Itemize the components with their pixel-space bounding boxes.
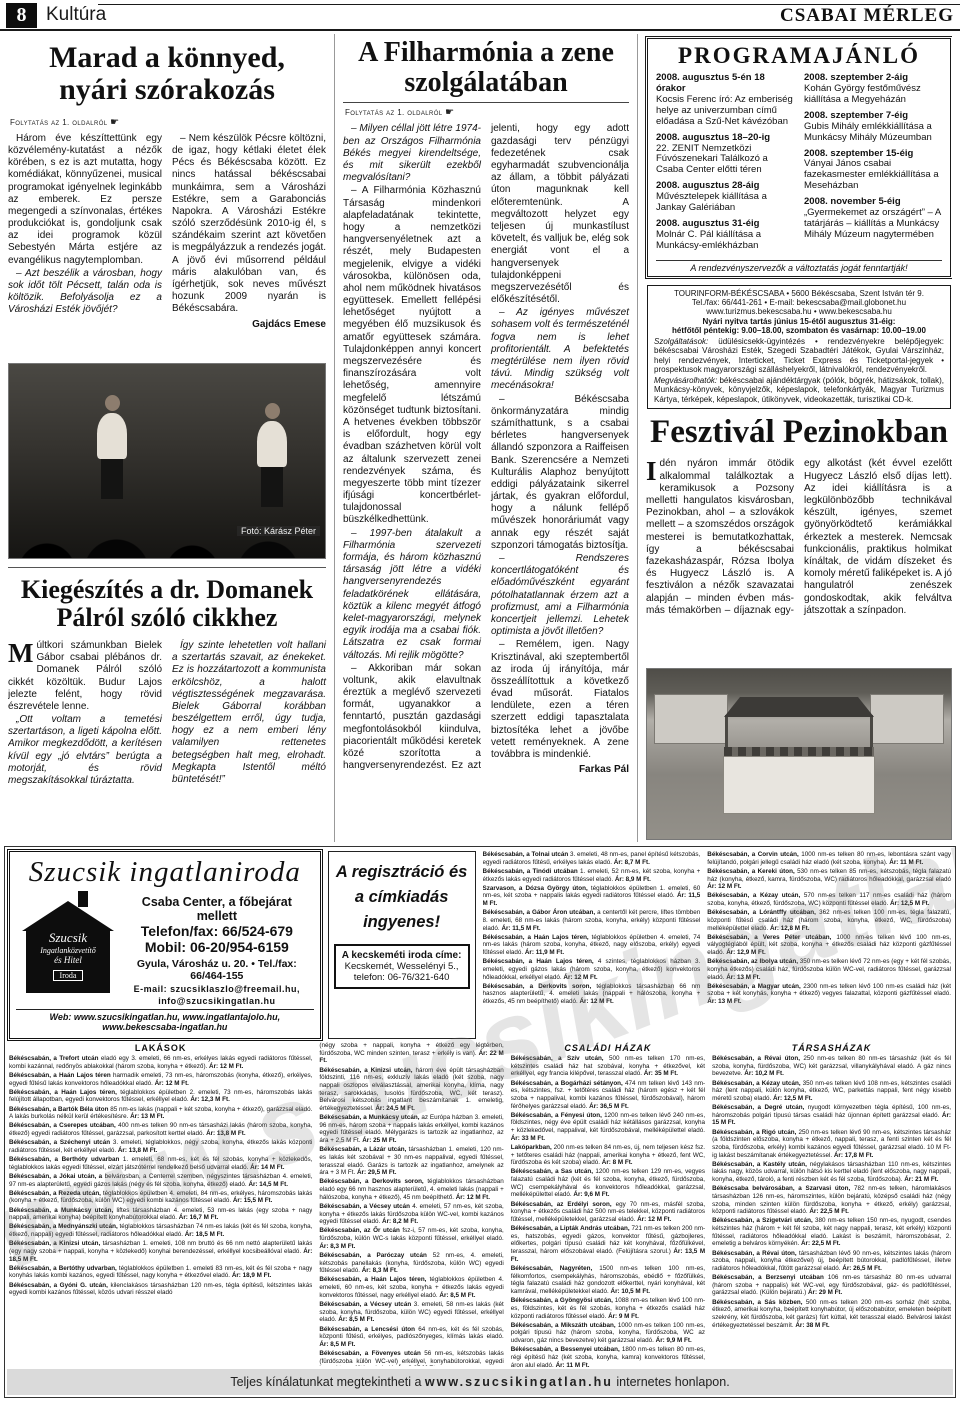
listing-location: Békéscsabán, az Őr utcán (319, 1227, 399, 1234)
listing-price: Ár: 35 M Ft. (644, 1070, 678, 1077)
listing-price: Ár: 13,8 M Ft. (206, 1130, 246, 1137)
office-phone: telefon: 06-76/321-640 (338, 972, 466, 983)
listings-col3: Békéscsabán, a Szív utcán, 500 nm-es tel… (511, 1055, 705, 1367)
column-right: PROGRAMAJÁNLÓ 2008. augusztus 5-én 18 ór… (638, 34, 952, 842)
contact-web: Web: www.szucsikingatlan.hu, www.ingatla… (16, 1009, 314, 1032)
listing-location: Békéscsabán, a Haán Lajos téren, (483, 934, 589, 941)
paragraph: – Milyen céllal jött létre 1974-ben az O… (343, 123, 481, 184)
listing-price: Ár: 33 M Ft. (511, 1135, 545, 1142)
paragraph: „Ott voltam a temetési szertartáson, a l… (8, 714, 162, 787)
photo-credit: Fotó: Kárász Péter (237, 526, 320, 536)
listing-price: Ár: 11 M Ft. (889, 859, 923, 866)
listing-item: Békéscsabán, a Szív utcán, 500 nm-es tel… (511, 1055, 705, 1078)
listing-location: Békéscsabán, a Sás közben, (712, 1299, 802, 1306)
listing-text: (négy szoba + nappali, konyha + étkező e… (319, 1042, 503, 1057)
listing-item: Békéscsabán, a Bogárházi sétányon, 474 n… (511, 1080, 705, 1111)
ads-region: www.szucsikingatlan.hu Szucsik ingatlani… (4, 846, 956, 1398)
listing-item: Békéscsabán, a Haán Lajos téren, téglabl… (319, 1276, 503, 1299)
newspaper-brand: CSABAI MÉRLEG (780, 5, 954, 27)
listing-location: Békéscsabán, a Révai úton, (712, 1250, 797, 1257)
listing-item: Békéscsabán, a Mednyánszki utcán, téglab… (9, 1223, 312, 1238)
listing-item: Békéscsabán, a Gyóni G. utcán, kilenclak… (9, 1282, 312, 1297)
event-date: 2008. augusztus 18–20-ig (656, 133, 794, 144)
listing-location: Békéscsabán, a Szigetvári utcán, (712, 1217, 813, 1224)
listing-price: Ár: 11,5 M Ft. (501, 925, 540, 932)
listing-price: Ár: 8,5 M Ft. (439, 1292, 475, 1299)
listing-location: Békéscsaba belvárosában, a Szarvasi úton… (712, 1185, 850, 1192)
szucsik-script-title: Szucsik ingatlaniroda (16, 856, 314, 889)
paragraph: – Azt beszélik a városban, hogy sok időt… (8, 268, 162, 317)
listing-location: Békéscsabán, a Sas utcán, (511, 1168, 593, 1175)
listing-location: Békéscsabán, a Kinizsi utcán, (9, 1240, 100, 1247)
listing-item: Békéscsabán, a Révai úton, 250 nm-es tel… (712, 1055, 951, 1078)
listing-item: Békéscsabán, a Corvin utcán, 1000 nm-es … (707, 851, 951, 866)
listing-item: Békéscsabán, a Fövenyes utcán 56 nm-es, … (319, 1350, 503, 1366)
listing-price: Ár: 12 M Ft. (707, 883, 741, 890)
article-fesztival-body: Idén nyáron immár ötödik alkalommal talá… (646, 458, 952, 662)
listing-price: Ár: 14 M Ft. (250, 1164, 284, 1171)
paragraph: – 1997-ben átalakult a Filharmónia szerv… (343, 528, 481, 662)
listing-price: Ár: 9,6 M Ft. (573, 1191, 609, 1198)
listing-item: Békéscsabán, a Vécsey utcán 3. emeleti, … (319, 1301, 503, 1324)
house-logo-icon: Szucsik Ingatlanközvetítő és Hitel Iroda (16, 891, 120, 995)
ceramics-row (724, 747, 874, 757)
listing-price: Ár: 12 M Ft. (155, 1080, 189, 1087)
tourinform-line: Tel./fax: 66/441-261 • E-mail: bekescsab… (654, 298, 944, 307)
listing-item: Békéscsabán, a Szigetvári utcán, 380 nm-… (712, 1217, 951, 1248)
listing-price: Ár: 36,5 M Ft. (589, 1103, 629, 1110)
szucsik-contact: Csaba Center, a főbejárat mellett Telefo… (120, 891, 314, 1006)
listing-location: Békéscsabán, a Corvin utcán, (707, 851, 798, 858)
paragraph: Gajdács Emese (172, 319, 326, 331)
listing-price: Ár: 9 M Ft. (608, 1313, 639, 1320)
listings-col1: Békéscsabán, a Trefort utcán eladó egy 3… (9, 1055, 312, 1367)
tourinform-hours: Nyári nyitva tartás június 15-étől augus… (654, 317, 944, 336)
listings-upper-b: Békéscsabán, a Corvin utcán, 1000 nm-es … (707, 851, 951, 1039)
strip-pre: Teljes kínálatunkat megtekintheti a (230, 1375, 425, 1389)
contact-address: Csaba Center, a főbejárat mellett (120, 895, 314, 923)
kecskemet-office-box: A kecskeméti iroda címe: Kecskemét, Wess… (334, 944, 470, 989)
listing-item: Békéscsabán, a Paróczay utcán 52 nm-es, … (319, 1252, 503, 1275)
office-address: Kecskemét, Wesselényi 5., (338, 961, 466, 972)
article-marad-body: Három éve készíttettünk egy közvélemény-… (8, 133, 326, 359)
stall-canopy (724, 697, 874, 717)
listing-item: Békéscsabán, a Sás közben, 500 nm-es tel… (712, 1299, 951, 1330)
column-middle: A Filharmónia a zene szolgálatában Folyt… (334, 34, 638, 842)
program-event: 2008. szeptember 2-áig Kohán György fest… (804, 73, 942, 106)
listing-location: Békéscsabán, a Tolnai utcán (483, 851, 569, 858)
listing-item: Békéscsabán, a Lipták András utcában, 72… (511, 1225, 705, 1263)
masthead-bottom-rule (0, 29, 960, 31)
listings-col2: (négy szoba + nappali, konyha + étkező e… (319, 1042, 503, 1366)
listing-item: Békéscsabán, a Munkácsy utcán, az Európa… (319, 1114, 503, 1145)
listing-location: Békéscsabán, az Erdélyi soron, (511, 1201, 612, 1208)
listing-location: Békéscsabán, a Vécsey utcán (319, 1301, 411, 1308)
listing-price: Ár: 8,7 M Ft. (614, 859, 650, 866)
listing-item: Békéscsabán, a Trefort utcán eladó egy 3… (9, 1055, 312, 1070)
listing-location: Békéscsabán, a Haán Lajos téren (9, 1072, 111, 1079)
listing-location: Békéscsabán, a Kézay utcán, (707, 892, 800, 899)
ads-top-row: Szucsik ingatlaniroda Szucsik Ingatlankö… (5, 847, 955, 1039)
listing-item: Békéscsabán, a Lórántffy utcában, 362 nm… (707, 909, 951, 932)
listing-price: Ár: 26,5 M Ft. (842, 1265, 882, 1272)
stall-table (724, 757, 874, 813)
listing-item: Békéscsabán, a Bessenyei utcában, 1800 n… (511, 1346, 705, 1367)
listing-location: Békéscsabán, a Lórántffy utcában, (707, 909, 816, 916)
listing-location: Békéscsabán, a Paróczay utcán (319, 1252, 426, 1259)
listing-location: Békéscsabán, a Révai úton, (712, 1055, 800, 1062)
listing-location: Békéscsabán, a Haán Lajos téren, (483, 958, 594, 965)
logo-line: Iroda (53, 970, 84, 981)
listing-location: Békéscsabán, a Szív utcán, (511, 1055, 604, 1062)
headline-rule (343, 102, 629, 103)
listing-location: Békéscsabán, a Derkovits soron, (319, 1178, 423, 1185)
listing-location: Békéscsabán, Nagyréten, (511, 1265, 593, 1272)
registration-ad-box: A regisztráció és a címkiadás ingyenes! … (328, 851, 476, 1039)
listing-item: Békéscsabán, a Széchenyi utcán 3. emelet… (9, 1139, 312, 1154)
program-event: 2008. augusztus 5-én 18 órakor Kocsis Fe… (656, 73, 794, 128)
listing-item: Békéscsabán, az Erdélyi soron, egy 70 nm… (511, 1201, 705, 1224)
logo-line: Szucsik (26, 930, 110, 946)
listing-location: Békéscsabán, a Bartók Béla úton (9, 1106, 108, 1113)
listing-price: Ár: 18,5 M Ft. (185, 1231, 225, 1238)
listing-location: Békéscsabán, a Veres Péter utcában, (707, 934, 831, 941)
program-column-left: 2008. augusztus 5-én 18 órakor Kocsis Fe… (656, 73, 794, 257)
listing-price: Ár: 13 M Ft. (707, 998, 741, 1005)
listing-price: Ár: 12,9 M Ft. (726, 949, 766, 956)
listing-item: Békéscsabán, az Őr utcán fsz-i, 57 nm-es… (319, 1227, 503, 1250)
registration-headline: A regisztráció és a címkiadás ingyenes! (334, 860, 470, 934)
listing-item: Békéscsabán, a Derkovits soron, téglablo… (319, 1178, 503, 1201)
listing-price: Ár: 12 M Ft. (637, 1216, 671, 1223)
listing-price: Ár: 12,8 M Ft. (770, 925, 810, 932)
listing-item: Békéscsabán, a Berthóty udvarban 1. emel… (9, 1156, 312, 1171)
listing-location: Békéscsabán, a Bessenyei utcában, (511, 1346, 620, 1353)
listing-location: Békéscsabán, a Gyöngyösi utcán, (511, 1297, 613, 1304)
listing-price: Ár: 8,9 M Ft. (615, 876, 651, 883)
event-description: „Gyermekemet az országért” – A tatárjárá… (804, 208, 942, 241)
listing-price: Ár: 12 M Ft. (563, 974, 597, 981)
section-header-csaladi: CSALÁDI HÁZAK (511, 1043, 705, 1053)
listing-item: Békéscsabán, a Vécsey utcán 4. emeleti, … (319, 1203, 503, 1226)
listings-col4: Békéscsabán, a Révai úton, 250 nm-es tel… (712, 1055, 951, 1367)
strip-url: www.szucsikingatlan.hu (425, 1375, 613, 1389)
program-event: 2008. november 5-éig „Gyermekemet az ors… (804, 197, 942, 241)
event-description: Művésztelepek kiállítása a Jankay Galéri… (656, 192, 794, 214)
paragraph: – A Filharmónia Közhasznú Társaság minde… (343, 185, 481, 526)
program-disclaimer: A rendezvényszervezők a változtatás jogá… (656, 260, 942, 274)
listing-item: Békéscsabán, a Kézay utcán, 570 nm-es te… (707, 892, 951, 907)
listing-location: Békéscsabán, a Magyar utcán, (707, 983, 800, 990)
listing-location: Békéscsabán, a Trefort utcán (9, 1055, 99, 1062)
listing-price: Ár: 38 M Ft. (795, 1322, 829, 1329)
program-event: 2008. szeptember 7-éig Gubis Mihály emlé… (804, 111, 942, 144)
listing-item: Békéscsabán, a Berzsenyi utcában 106 nm-… (712, 1274, 951, 1297)
listing-price: Ár: 12,3 M Ft. (190, 1096, 230, 1103)
paragraph: Három éve készíttettünk egy közvélemény-… (8, 133, 162, 267)
section-header-lakasok: LAKÁSOK (9, 1043, 312, 1053)
listing-location: Békéscsabán, a Munkácsy utcán, (9, 1207, 113, 1214)
listing-location: Békéscsabán, a Berzsenyi utcában (712, 1274, 824, 1281)
section-divider (8, 567, 326, 568)
kicker-text: Folytatás az 1. oldalról (10, 118, 108, 127)
listing-item: Békéscsabán, a Kastély utcán, négylakáso… (712, 1161, 951, 1184)
listing-item: Békéscsabán, a Haán Lajos téren, téglabl… (9, 1089, 312, 1104)
listing-price: Ár: 8,65 M Ft. (397, 1365, 437, 1366)
listing-price: Ár: 22,5 M Ft. (801, 1240, 841, 1247)
listing-location: Békéscsabán, a Gyóni G. utcán, (9, 1282, 108, 1289)
listing-location: Békéscsabán, a Mikszáth utcában, (511, 1322, 616, 1329)
event-description: 22. ZENIT Nemzetközi Fúvószenekari Talál… (656, 144, 794, 177)
actor-figure-left (97, 395, 127, 499)
paragraph: Idén nyáron immár ötödik alkalommal talá… (646, 458, 952, 617)
listing-item: Szarvason, a Dózsa György úton, téglablo… (483, 885, 701, 908)
listing-item: Békéscsabán, a Gábor Áron utcában, a cen… (483, 909, 701, 932)
listing-price: Ár: 12 M Ft. (456, 1194, 490, 1201)
listing-item: Békéscsabán, a Mikszáth utcában, 1000 nm… (511, 1322, 705, 1345)
listing-item: Békéscsabán, a Haán Lajos téren, téglabl… (483, 934, 701, 957)
newspaper-page: 8 Kultúra CSABAI MÉRLEG Marad a könnyed,… (0, 0, 960, 1404)
listing-item: Békéscsabán, a Rezeda utcán, téglablokko… (9, 1190, 312, 1205)
listings-upper-a: Békéscsabán, a Tolnai utcán 3. emeleti, … (483, 851, 701, 1039)
listing-item: Békéscsabán, a Révai úton, társasházban … (712, 1250, 951, 1273)
editorial-area: Marad a könnyed, nyári szórakozás Folyta… (8, 34, 952, 842)
listing-item: Békéscsaba belvárosában, a Szarvasi úton… (712, 1185, 951, 1216)
paragraph: Így szinte lehetetlen volt hallani a sze… (172, 640, 326, 786)
listing-price: Ár: 11,9 M Ft. (525, 949, 564, 956)
continuation-kicker: Folytatás az 1. oldalról ☛ (10, 117, 326, 128)
listing-item: Békéscsabán, az Ibolya utcán, 350 nm-es … (707, 958, 951, 981)
listing-price: Ár: 25 M Ft. (362, 1137, 396, 1144)
listing-price: Ár: 24,5 M Ft. (375, 1105, 415, 1112)
contact-mobile: Mobil: 06-20/954-6159 (120, 939, 314, 955)
szucsik-ad-box: Szucsik ingatlaniroda Szucsik Ingatlankö… (9, 851, 321, 1039)
listing-location: Lakóparkban, (511, 1144, 552, 1151)
tourinform-paragraph: Szolgáltatások: üdülésicsekk-ügyintézés … (654, 337, 944, 374)
festival-photo (646, 668, 952, 840)
listing-item: Békéscsabán, a Derkovits soron, téglablo… (483, 983, 701, 1006)
event-description: Ványai János csabai fazekasmester emlékk… (804, 159, 942, 192)
listing-item: Békéscsabán, a Tolnai utcán 3. emeleti, … (483, 851, 701, 866)
paragraph: Farkas Pál (491, 764, 629, 776)
program-event: 2008. augusztus 28-áig Művésztelepek kiá… (656, 181, 794, 214)
event-date: 2008. augusztus 5-én 18 órakor (656, 73, 794, 95)
kicker-text: Folytatás az 1. oldalról (345, 108, 443, 117)
pointing-hand-icon: ☛ (110, 117, 119, 128)
listing-location: Békéscsabán, a Kinizsi utcán, (319, 1067, 412, 1074)
paragraph: – Az igényes művészet sohasem volt és te… (491, 307, 629, 392)
article-marad-title: Marad a könnyed, nyári szórakozás (12, 42, 322, 107)
article-kiegeszites-title: Kiegészítés a dr. Domanek Pálról szóló c… (10, 576, 324, 632)
listing-location: Békéscsabán, a Munkácsy utcán, (319, 1114, 419, 1121)
paragraph: Múltkori számunkban Bielek Gábor csabai … (8, 640, 162, 713)
program-title: PROGRAMAJÁNLÓ (656, 43, 942, 69)
listing-item: Békéscsabán, a Lencsési úton 64 nm-es, k… (319, 1326, 503, 1349)
listing-item: Békéscsabán, a Fényesi úton, 1200 nm-es … (511, 1112, 705, 1143)
tourinform-line: www.turizmus.bekescsaba.hu • www.bekescs… (654, 307, 944, 316)
listing-location: Békéscsabán, a Széchenyi utcán (9, 1139, 110, 1146)
listing-location: Békéscsabán, a Kézay utcán, (712, 1080, 801, 1087)
listing-price: Ár: 8,5 M Ft. (338, 1316, 374, 1323)
tourinform-paragraph: Megvásárolhatók: békéscsabai ajándéktárg… (654, 376, 944, 404)
listing-price: Ár: 10,2 M Ft. (744, 1070, 784, 1077)
event-description: Gubis Mihály emlékkiállítása a Munkácsy … (804, 122, 942, 144)
listing-item: Békéscsabán, a Lázár utcán, társasházban… (319, 1146, 503, 1177)
listing-location: Békéscsabán, a Jókai utcán, a (9, 1173, 102, 1180)
event-description: Molnár C. Pál kiállítása a Munkácsy-emlé… (656, 230, 794, 252)
event-description: Kohán György festőművész kiállítása a Me… (804, 84, 942, 106)
listing-price: Ár: 9,9 M Ft. (656, 1337, 692, 1344)
program-box: PROGRAMAJÁNLÓ 2008. augusztus 5-én 18 ór… (647, 38, 951, 277)
continuation-kicker: Folytatás az 1. oldalról ☛ (345, 107, 629, 118)
paragraph-lead: Szolgáltatások: (654, 337, 708, 346)
listing-location: Békéscsabán, a Fövenyes utcán (319, 1350, 421, 1357)
listing-item: Békéscsabán, a Rigó utcán, 250 nm-es tel… (712, 1129, 951, 1160)
listing-location: Békéscsabán, a Haán Lajos téren, (9, 1089, 117, 1096)
tourinform-box: TOURINFORM-BÉKÉSCSABA • 5600 Békéscsaba,… (647, 285, 951, 409)
logo-line: és Hitel (26, 955, 110, 965)
listing-item: Békéscsabán, a Veres Péter utcában, 1000… (707, 934, 951, 957)
article-filharmonia-title: A Filharmónia a zene szolgálatában (345, 38, 627, 98)
column-left: Marad a könnyed, nyári szórakozás Folyta… (8, 34, 334, 842)
listing-price: Ár: 12,5 M Ft. (773, 1095, 813, 1102)
listing-price: Ár: 15,5 M Ft. (233, 1197, 273, 1204)
listing-item: Békéscsabán, a Gyöngyösi utcán, 1088 nm-… (511, 1297, 705, 1320)
listing-price: Ár: 16,7 M Ft. (179, 1214, 219, 1221)
listing-item: Békéscsabán, a Bertóthy udvarban, téglab… (9, 1265, 312, 1280)
strip-post: internetes honlapon. (613, 1375, 730, 1389)
paragraph: – Remélem, igen. Nagy Krisztinával, aki … (491, 639, 629, 761)
listing-price: Ár: 13 M Ft. (130, 1113, 164, 1120)
listing-item: Békéscsabán, a Haán Lajos téren, 4 szint… (483, 958, 701, 981)
listing-location: Békéscsabán, a Lipták András utcában, (511, 1225, 630, 1232)
listing-price: Ár: 10,5 M Ft. (611, 1288, 651, 1295)
contact-gyula: Gyula, Városház u. 20. • Tel./fax: 66/46… (120, 958, 314, 982)
listing-location: Békéscsabán, a Rigó utcán, (712, 1129, 796, 1136)
listing-price: Ár: 29,5 M Ft. (357, 1169, 397, 1176)
listing-price: Ár: 12,5 M Ft. (890, 900, 930, 907)
listing-price: Ár: 14,5 M Ft. (248, 1181, 288, 1188)
listing-price: Ár: 22,5 M Ft. (809, 1208, 849, 1215)
listing-item: Békéscsabán, a Cserepes utcában, 400 nm-… (9, 1122, 312, 1137)
listing-item: Békéscsabán, a Kézay utcán, 350 nm-es te… (712, 1080, 951, 1103)
building-right (871, 695, 943, 743)
listing-price: Ár: 13,8 M Ft. (118, 1147, 158, 1154)
listing-location: Békéscsabán, a Cserepes utcában, (9, 1122, 116, 1129)
listing-location: Békéscsabán, a Derkovits soron, (483, 983, 592, 990)
listing-item: Békéscsabán, a Tinódi utcában 1. emeleti… (483, 868, 701, 883)
listing-price: Ár: 13 M Ft. (726, 974, 760, 981)
listing-location: Békéscsabán, az Ibolya utcán, (707, 958, 798, 965)
listing-location: Békéscsabán, a Gábor Áron utcában, (483, 909, 596, 916)
pointing-hand-icon: ☛ (445, 107, 454, 118)
listing-location: Békéscsabán, a Kastély utcán, (712, 1161, 807, 1168)
listing-price: Ár: 11 M Ft. (556, 1362, 590, 1367)
contact-email2: info@szucsikingatlan.hu (120, 996, 314, 1006)
paragraph: – Nem készülök Pécsre költözni, de igaz,… (172, 133, 326, 316)
listing-price: Ár: 17,8 M Ft. (834, 1152, 874, 1159)
listing-location: Békéscsabán, a Lencsési úton (319, 1326, 415, 1333)
listing-price: Ár: 12 M Ft. (209, 1063, 243, 1070)
contact-phone: Telefon/fax: 66/524-679 (120, 923, 314, 939)
program-event: 2008. szeptember 15-éig Ványai János csa… (804, 149, 942, 193)
stage-photo: Fotó: Kárász Péter (8, 363, 326, 559)
tourinform-hours-line: hétfőtől péntekig: 9.00–18.00, szombaton… (654, 326, 944, 335)
masthead: 8 Kultúra CSABAI MÉRLEG (0, 0, 960, 32)
tourinform-hours-line: Nyári nyitva tartás június 15-étől augus… (654, 317, 944, 326)
actor-figure-right (257, 403, 287, 507)
listing-price: Ár: 8,3 M Ft. (319, 1243, 355, 1250)
listing-location: Békéscsabán, a Mednyánszki utcán, (9, 1223, 118, 1230)
listing-location: Békéscsabán, a Tinódi utcában (483, 868, 578, 875)
listing-item: Békéscsabán, a Kereki úton, 530 nm-es te… (707, 868, 951, 891)
listing-price: Ár: 21 M Ft. (904, 1176, 938, 1183)
listing-item: Lakóparkban, 200 nm-es telken 84 nm-es, … (511, 1144, 705, 1167)
listing-item: Békéscsabán, a Jókai utcán, a belvárosba… (9, 1173, 312, 1188)
article-kiegeszites-body: Múltkori számunkban Bielek Gábor csabai … (8, 640, 326, 788)
event-description: Kocsis Ferenc író: Az emberiség helye az… (656, 95, 794, 128)
listing-price: Ár: 8,5 M Ft. (319, 1341, 355, 1348)
logo-line: Ingatlanközvetítő (26, 946, 110, 955)
listing-price: Ár: 8,3 M Ft. (362, 1267, 398, 1274)
listing-item: Békéscsabán, a Kinizsi utcán, társasházb… (9, 1240, 312, 1263)
listing-price: Ár: 29 M Ft. (808, 1289, 842, 1296)
article-filharmonia-body: – Milyen céllal jött létre 1974-ben az O… (343, 123, 629, 813)
listing-item: Békéscsabán, a Haán Lajos téren harmadik… (9, 1072, 312, 1087)
bottom-strip: Teljes kínálatunkat megtekintheti a www.… (7, 1369, 953, 1395)
listing-location: Békéscsabán, a Degré utcán, (712, 1104, 804, 1111)
tourinform-services: Szolgáltatások: üdülésicsekk-ügyintézés … (654, 337, 944, 404)
listing-item: Békéscsabán, a Bartók Béla úton 85 nm-es… (9, 1106, 312, 1121)
listing-price: Ár: 8 M Ft. (602, 1159, 633, 1166)
section-label: Kultúra (46, 4, 106, 26)
listing-price: Ár: 12 M Ft. (579, 998, 613, 1005)
listing-item: Békéscsabán, a Kinizsi utcán, három éve … (319, 1067, 503, 1113)
listing-location: Békéscsabán, a Berthóty udvarban (9, 1156, 119, 1163)
program-column-right: 2008. szeptember 2-áig Kohán György fest… (804, 73, 942, 257)
building-left (655, 695, 727, 743)
listing-price: Ár: 18,9 M Ft. (232, 1272, 272, 1279)
ads-bottom-row: LAKÁSOK Békéscsabán, a Trefort utcán ela… (5, 1039, 955, 1363)
listing-item: Békéscsabán, a Sas utcán, 1200 nm-es tel… (511, 1168, 705, 1199)
listing-item: Békéscsabán, a Magyar utcán, 2300 nm-es … (707, 983, 951, 1006)
listing-item: (négy szoba + nappali, konyha + étkező e… (319, 1042, 503, 1065)
listing-item: Békéscsabán, Nagyréten, 1500 nm-es telke… (511, 1265, 705, 1296)
listing-location: Békéscsabán, a Vécsey utcán (319, 1203, 410, 1210)
program-event: 2008. augusztus 31-éig Molnár C. Pál kiá… (656, 219, 794, 252)
listing-location: Békéscsabán, a Rezeda utcán, (9, 1190, 101, 1197)
listing-location: Békéscsabán, a Bertóthy udvarban, (9, 1265, 117, 1272)
listing-item: Békéscsabán, a Munkácsy utcán, liftes tá… (9, 1207, 312, 1222)
listing-location: Békéscsabán, a Fényesi úton, (511, 1112, 602, 1119)
listing-location: Békéscsabán, a Bogárházi sétányon, (511, 1080, 623, 1087)
office-title: A kecskeméti iroda címe: (338, 950, 466, 961)
page-number: 8 (6, 3, 37, 28)
paragraph: – Békéscsaba önkormányzatára mindig szám… (491, 394, 629, 552)
paragraph-lead: Megvásárolhatók: (654, 376, 717, 385)
program-event: 2008. augusztus 18–20-ig 22. ZENIT Nemze… (656, 133, 794, 177)
paragraph: – Rendszeres koncertlátogatóként és előa… (491, 553, 629, 638)
contact-email: E-mail: szucsiklaszlo@freemail.hu, (120, 984, 314, 994)
listing-price: Ár: 8,2 M Ft. (382, 1218, 418, 1225)
tourinform-address: TOURINFORM-BÉKÉSCSABA • 5600 Békéscsaba,… (654, 289, 944, 317)
listing-item: Békéscsabán, a Degré utcán, nyugodt körn… (712, 1104, 951, 1127)
article-fesztival-title: Fesztivál Pezinokban (646, 415, 952, 451)
tourinform-line: TOURINFORM-BÉKÉSCSABA • 5600 Békéscsaba,… (654, 289, 944, 298)
listing-location: Békéscsabán, a Kereki úton, (707, 868, 794, 875)
listing-location: Szarvason, a Dózsa György úton, (483, 885, 588, 892)
listing-location: Békéscsabán, a Haán Lajos téren, (319, 1276, 426, 1283)
